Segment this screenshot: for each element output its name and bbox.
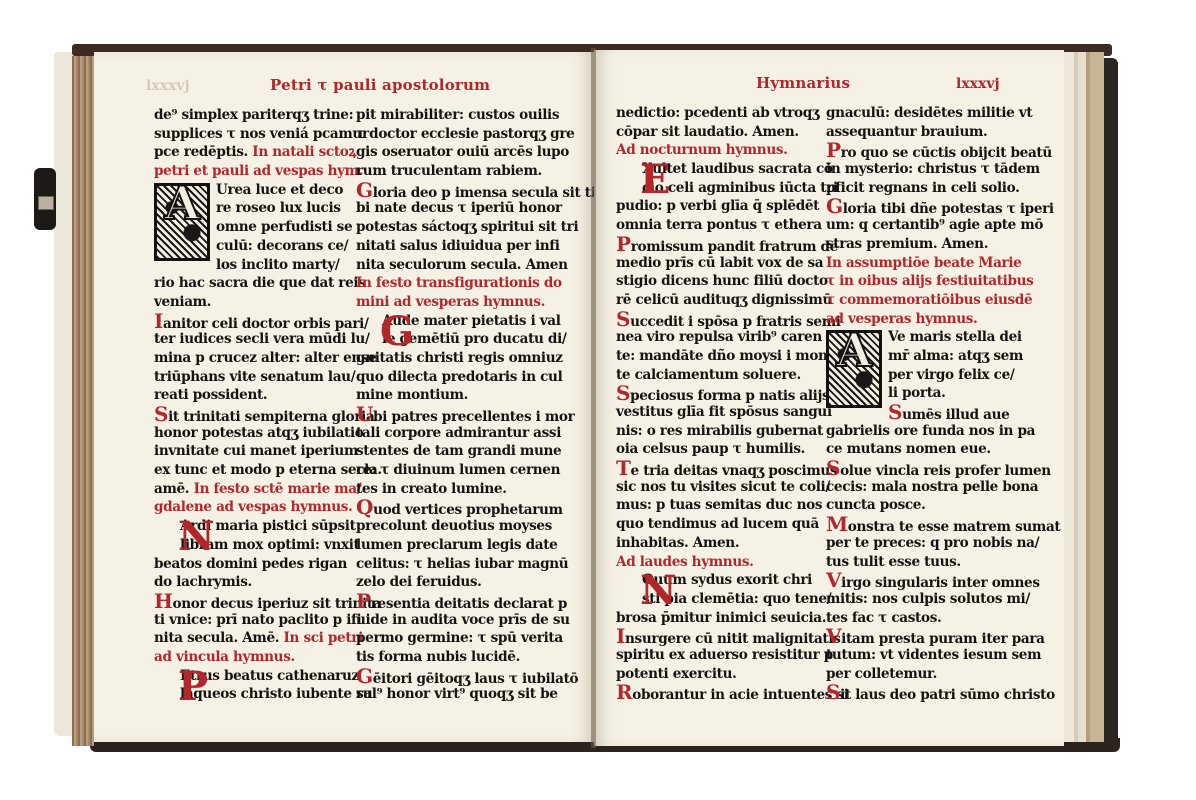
body-text: gnaculū: desidētes militie vt: [826, 105, 1032, 121]
rubric-text: In festo transfigurationis do: [356, 275, 562, 291]
woodcut-initial-icon: A: [154, 183, 210, 261]
text-line: pficit regnans in celi solio.: [826, 179, 1041, 198]
text-line: cecis: mala nostra pelle bona: [826, 478, 1041, 497]
rubric-initial: S: [154, 402, 168, 426]
right-column-2: gnaculū: desidētes militie vtassequantur…: [826, 104, 1041, 702]
body-text: oia celsus paup τ humilis.: [616, 441, 805, 457]
body-text: ter iudices secli vera mūdi lu/: [154, 331, 370, 347]
text-line: Quod vertices prophetarum: [356, 498, 566, 517]
rubric-text: In festo sctē marie ma/: [189, 481, 361, 497]
body-text: Urea luce et deco: [216, 182, 343, 198]
body-text: triūphans vite senatum lau/: [154, 369, 355, 385]
body-text: omne perfudisti se: [216, 219, 352, 235]
drop-initial: N: [178, 517, 214, 557]
ghost-folio: lxxxvj: [146, 78, 190, 94]
body-text: romissum pandit fratrum de: [631, 239, 838, 255]
body-text: cōpar sit laudatio. Amen.: [616, 124, 799, 140]
text-line: inhabitas. Amen.: [616, 534, 826, 553]
body-text: rum truculentam rabiem.: [356, 163, 542, 179]
rubric-initial: T: [616, 456, 631, 480]
body-text: per colletemur.: [826, 666, 937, 682]
text-line: nita seculorum secula. Amen: [356, 256, 566, 275]
text-line: assequantur brauium.: [826, 123, 1041, 142]
text-line: spiritu ex aduerso resistitur p: [616, 646, 826, 665]
text-line: veniam.: [154, 293, 354, 312]
body-text: re: τ diuinum lumen cernen: [356, 462, 560, 478]
body-text: nis: o res mirabilis gubernat: [616, 423, 823, 439]
body-text: umēs illud aue: [902, 407, 1009, 423]
body-text: invnitate cui manet iperium: [154, 443, 358, 459]
text-line: cuncta posce.: [826, 496, 1041, 515]
body-text: stentes de tam grandi mune: [356, 443, 561, 459]
body-text: do lachrymis.: [154, 574, 252, 590]
rubric-text: Ad laudes hymnus.: [616, 554, 754, 570]
body-text: nedictio: pcedenti ab vtroqʒ: [616, 105, 819, 121]
body-text: tali corpore admirantur assi: [356, 425, 561, 441]
body-text: assequantur brauium.: [826, 124, 987, 140]
body-text: reati possident.: [154, 387, 267, 403]
body-text: amē.: [154, 481, 189, 497]
text-line: ter iudices secli vera mūdi lu/: [154, 330, 354, 349]
text-line: tus tulit esse tuus.: [826, 553, 1041, 572]
body-text: pce redēptis.: [154, 144, 248, 160]
body-text: uccedit i spōsa p fratris semi: [630, 314, 840, 330]
text-line: nea viro repulsa virib⁹ caren: [616, 328, 826, 347]
text-line: Promissum pandit fratrum de: [616, 235, 826, 254]
body-text: stigio dicens hunc filiū docto: [616, 273, 828, 289]
clasp-metal-icon: [38, 196, 54, 210]
text-line: de⁹ simplex pariterqʒ trine:: [154, 106, 354, 125]
rubric-initial: S: [616, 381, 630, 405]
text-line: gis oseruator ouiū arcēs lupo: [356, 143, 566, 162]
text-line: stras premium. Amen.: [826, 235, 1041, 254]
rubric-text: τ in oibus alijs festiuitatibus: [826, 273, 1033, 289]
body-text: nsurgere cū nitit malignitatis: [625, 631, 840, 647]
text-line: triūphans vite senatum lau/: [154, 368, 354, 387]
left-fore-edge: [72, 56, 94, 746]
text-line: tes in creato lumine.: [356, 480, 566, 499]
body-text: peciosus forma p natis alijs: [630, 388, 829, 404]
body-text: celitus: τ helias iubar magnū: [356, 556, 568, 572]
body-text: onstra te esse matrem sumat: [848, 519, 1061, 535]
body-text: mr̄ alma: atqʒ sem: [888, 348, 1023, 364]
body-text: Xultet laudibus sacrata cō: [642, 161, 833, 177]
text-line: pce redēptis. In natali sctoꝝ: [154, 143, 354, 162]
text-line: tutum: vt videntes iesum sem: [826, 646, 1041, 665]
body-text: in mysterio: christus τ tādem: [826, 161, 1040, 177]
rubric-initial: I: [616, 624, 625, 648]
body-text: bi nate decus τ iperiū honor: [356, 200, 562, 216]
body-text: nita secula. Amē.: [154, 630, 279, 646]
body-text: sic nos tu visites sicut te coli/: [616, 479, 830, 495]
text-line: Pro quo se cūctis obijcit beatū: [826, 141, 1041, 160]
body-text: permo germine: τ spū verita: [356, 630, 563, 646]
left-page: lxxxvj Petri τ pauli apostolorum de⁹ sim…: [94, 52, 594, 742]
text-line: nita secula. Amē. In sci petri: [154, 629, 354, 648]
text-line: permo germine: τ spū verita: [356, 629, 566, 648]
body-text: pit mirabiliter: custos ouilis: [356, 107, 559, 123]
body-text: cecis: mala nostra pelle bona: [826, 479, 1038, 495]
body-text: veniam.: [154, 294, 211, 310]
body-text: te calciamentum soluere.: [616, 367, 801, 383]
body-text: gabrielis ore funda nos in pa: [826, 423, 1035, 439]
body-text: tutum: vt videntes iesum sem: [826, 647, 1041, 663]
body-text: per virgo felix ce/: [888, 367, 1014, 383]
body-text: sal⁹ honor virt⁹ quoqʒ sit be: [356, 686, 558, 702]
text-line: reati possident.: [154, 386, 354, 405]
rubric-initial: U: [356, 402, 373, 426]
drop-initial: E: [640, 160, 670, 200]
right-page: Hymnarius lxxxvj nedictio: pcedenti ab v…: [594, 50, 1064, 746]
text-line: In assumptiōe beate Marie: [826, 254, 1041, 273]
body-text: potenti exercitu.: [616, 666, 737, 682]
body-text: li porta.: [888, 385, 945, 401]
text-line: mina p crucez alter: alter ense: [154, 349, 354, 368]
body-text: rē celicū audituqʒ dignissimū: [616, 292, 832, 308]
text-line: Roborantur in acie intuentes si: [616, 683, 826, 702]
text-line: bi nate decus τ iperiū honor: [356, 199, 566, 218]
rubric-text: In natali sctoꝝ: [248, 144, 356, 160]
rubric-initial: G: [356, 178, 373, 202]
body-text: ce mutans nomen eue.: [826, 441, 991, 457]
body-text: bi patres precellentes i mor: [373, 409, 574, 425]
text-line: stentes de tam grandi mune: [356, 442, 566, 461]
drop-initial: P: [178, 667, 208, 707]
text-line: Vitam presta puram iter para: [826, 627, 1041, 646]
text-line: in mysterio: christus τ tādem: [826, 160, 1041, 179]
text-line: te: mandāte dño moysi i mon: [616, 347, 826, 366]
body-text: te: mandāte dño moysi i mon: [616, 348, 828, 364]
body-text: cuncta posce.: [826, 497, 925, 513]
text-line: gabrielis ore funda nos in pa: [826, 422, 1041, 441]
rubric-initial: S: [826, 680, 840, 704]
text-line: gnaculū: desidētes militie vt: [826, 104, 1041, 123]
rubric-text: In sci petri: [279, 630, 363, 646]
body-text: resentia deitatis declarat p: [371, 596, 567, 612]
text-line: Virgo singularis inter omnes: [826, 571, 1041, 590]
text-line: Te tria deitas vnaqʒ poscimus: [616, 459, 826, 478]
body-text: ro quo se cūctis obijcit beatū: [841, 145, 1052, 161]
body-text: uod vertices prophetarum: [373, 502, 563, 518]
text-line: supplices τ nos veniá pcamur: [154, 125, 354, 144]
body-text: Ve maris stella dei: [888, 329, 1022, 345]
rubric-initial: V: [826, 624, 841, 648]
text-line: nis: o res mirabilis gubernat: [616, 422, 826, 441]
body-text: nita seculorum secula. Amen: [356, 257, 568, 273]
body-text: loria deo p imensa secula sit ti: [373, 185, 596, 201]
text-line: precolunt deuotius moyses: [356, 517, 566, 536]
body-text: tes fac τ castos.: [826, 610, 941, 626]
rubric-initial: P: [616, 232, 631, 256]
text-line: Gēitori gēitoqʒ laus τ iubilatō: [356, 667, 566, 686]
text-line: per te preces: q pro nobis na/: [826, 534, 1041, 553]
text-line: medio prīs cū labit vox de sa: [616, 254, 826, 273]
rubric-initial: G: [826, 194, 843, 218]
body-text: mitis: nos culpis solutos mi/: [826, 591, 1030, 607]
body-text: olue vincla reis profer lumen: [840, 463, 1051, 479]
text-line: Sit trinitati sempiterna gloria: [154, 405, 354, 424]
body-text: medio prīs cū labit vox de sa: [616, 255, 823, 271]
text-line: amē. In festo sctē marie ma/: [154, 480, 354, 499]
body-text: spiritu ex aduerso resistitur p: [616, 647, 833, 663]
text-line: τ in oibus alijs festiuitatibus: [826, 272, 1041, 291]
text-line: celitus: τ helias iubar magnū: [356, 555, 566, 574]
text-line: nitati salus idiuidua per infi: [356, 237, 566, 256]
text-line: zelo dei feruidus.: [356, 573, 566, 592]
body-text: potestas sáctoqʒ spiritui sit tri: [356, 219, 578, 235]
body-text: nea viro repulsa virib⁹ caren: [616, 329, 822, 345]
rubric-initial: P: [826, 138, 841, 162]
body-text: τ doctor ecclesie pastorqʒ gre: [356, 126, 574, 142]
body-text: ex tunc et modo p eterna secla.: [154, 462, 382, 478]
body-text: culū: decorans ce/: [216, 238, 348, 254]
text-line: potestas sáctoqʒ spiritui sit tri: [356, 218, 566, 237]
right-column-1: nedictio: pcedenti ab vtroqʒcōpar sit la…: [616, 104, 826, 702]
body-text: inhabitas. Amen.: [616, 535, 739, 551]
body-text: onor decus iperiuz sit trinita: [173, 596, 382, 612]
text-line: mine montium.: [356, 386, 566, 405]
text-line: vestitus glīa fit spōsus sangui: [616, 403, 826, 422]
right-running-head: Hymnarius: [756, 74, 850, 92]
text-line: te calciamentum soluere.: [616, 366, 826, 385]
body-text: supplices τ nos veniá pcamur: [154, 126, 369, 142]
rubric-initial: V: [826, 568, 841, 592]
text-line: rio hac sacra die que dat reis: [154, 274, 354, 293]
body-text: ti vnice: prī nato paclito p ifi: [154, 612, 361, 628]
text-line: τ commemoratiōibus eiusdē: [826, 291, 1041, 310]
text-line: PEtrus beatus cathenaruz: [154, 667, 354, 686]
text-line: um: q certantib⁹ agie apte mō: [826, 216, 1041, 235]
text-line: do lachrymis.: [154, 573, 354, 592]
body-text: laqueos christo iubente ru: [180, 686, 372, 702]
text-line: EXultet laudibus sacrata cō: [616, 160, 826, 179]
left-running-head: Petri τ pauli apostolorum: [270, 76, 490, 94]
body-text: stras premium. Amen.: [826, 236, 988, 252]
body-text: it laus deo patri sūmo christo: [840, 687, 1055, 703]
text-line: Solue vincla reis profer lumen: [826, 459, 1041, 478]
rubric-initial: H: [154, 589, 173, 613]
text-line: per colletemur.: [826, 665, 1041, 684]
body-text: lumen preclarum legis date: [356, 537, 557, 553]
body-text: oborantur in acie intuentes si: [632, 687, 848, 703]
rubric-initial: S: [826, 456, 840, 480]
text-line: lumen preclarum legis date: [356, 536, 566, 555]
body-text: vestitus glīa fit spōsus sangui: [616, 404, 832, 420]
text-line: ce mutans nomen eue.: [826, 440, 1041, 459]
text-line: invnitate cui manet iperium: [154, 442, 354, 461]
rubric-initial: R: [616, 680, 632, 704]
text-line: omnia terra pontus τ ethera: [616, 216, 826, 235]
text-line: τ doctor ecclesie pastorqʒ gre: [356, 125, 566, 144]
body-text: anitor celi doctor orbis pari/: [163, 316, 369, 332]
text-line: sal⁹ honor virt⁹ quoqʒ sit be: [356, 685, 566, 704]
text-line: quo dilecta predotaris in cul: [356, 368, 566, 387]
body-text: e tria deitas vnaqʒ poscimus: [631, 463, 838, 479]
text-line: Succedit i spōsa p fratris semi: [616, 310, 826, 329]
rubric-initial: P: [356, 589, 371, 613]
text-line: GAude mater pietatis i val: [356, 312, 566, 331]
body-text: tus tulit esse tuus.: [826, 554, 961, 570]
text-line: Gloria tibi dñe potestas τ iperi: [826, 197, 1041, 216]
text-line: sic nos tu visites sicut te coli/: [616, 478, 826, 497]
body-text: los inclito marty/: [216, 257, 340, 273]
text-line: tali corpore admirantur assi: [356, 424, 566, 443]
body-text: re roseo lux lucis: [216, 200, 341, 216]
text-line: Presentia deitatis declarat p: [356, 592, 566, 611]
body-text: pficit regnans in celi solio.: [826, 180, 1019, 196]
rubric-text: ad vincula hymnus.: [154, 649, 295, 665]
body-text: itam presta puram iter para: [841, 631, 1044, 647]
body-text: rio hac sacra die que dat reis: [154, 275, 366, 291]
body-text: gis oseruator ouiū arcēs lupo: [356, 144, 569, 160]
body-text: nitati salus idiuidua per infi: [356, 238, 560, 254]
text-line: pit mirabiliter: custos ouilis: [356, 106, 566, 125]
gutter: [591, 48, 596, 748]
body-text: um: q certantib⁹ agie apte mō: [826, 217, 1043, 233]
text-line: NArdi maria pistici sūpsit: [154, 517, 354, 536]
text-line: honor potestas atqʒ iubilatio: [154, 424, 354, 443]
text-line: ti vnice: prī nato paclito p ifi: [154, 611, 354, 630]
body-text: tis forma nubis lucidē.: [356, 649, 520, 665]
text-line: mitis: nos culpis solutos mi/: [826, 590, 1041, 609]
body-text: it trinitati sempiterna gloria: [168, 409, 374, 425]
text-line: potenti exercitu.: [616, 665, 826, 684]
body-text: mina p crucez alter: alter ense: [154, 350, 377, 366]
text-line: NOuum sydus exorit chri: [616, 571, 826, 590]
body-text: ēitori gēitoqʒ laus τ iubilatō: [373, 671, 579, 687]
text-line: rē celicū audituqʒ dignissimū: [616, 291, 826, 310]
body-text: per te preces: q pro nobis na/: [826, 535, 1039, 551]
drop-initial: N: [640, 571, 676, 611]
rubric-initial: M: [826, 512, 848, 536]
text-line: re: τ diuinum lumen cernen: [356, 461, 566, 480]
text-line: uide in audita voce prīs de su: [356, 611, 566, 630]
text-line: Monstra te esse matrem sumat: [826, 515, 1041, 534]
rubric-initial: G: [356, 664, 373, 688]
rubric-text: τ commemoratiōibus eiusdē: [826, 292, 1032, 308]
body-text: mine montium.: [356, 387, 468, 403]
body-text: tes in creato lumine.: [356, 481, 507, 497]
right-folio: lxxxvj: [956, 76, 1000, 92]
body-text: precolunt deuotius moyses: [356, 518, 552, 534]
woodcut-initial-icon: A: [826, 330, 882, 408]
text-line: rum truculentam rabiem.: [356, 162, 566, 181]
rubric-text: In assumptiōe beate Marie: [826, 255, 1021, 271]
text-line: mus: p tuas semitas duc nos: [616, 496, 826, 515]
text-line: In festo transfigurationis do: [356, 274, 566, 293]
text-line: Ubi patres precellentes i mor: [356, 405, 566, 424]
text-line: Ianitor celi doctor orbis pari/: [154, 312, 354, 331]
left-column-1: de⁹ simplex pariterqʒ trine:supplices τ …: [154, 106, 354, 704]
text-line: quo tendimus ad lucem quā: [616, 515, 826, 534]
rubric-initial: I: [154, 309, 163, 333]
body-text: uide in audita voce prīs de su: [356, 612, 570, 628]
rubric-initial: S: [888, 400, 902, 424]
body-text: mus: p tuas semitas duc nos: [616, 497, 822, 513]
text-line: Insurgere cū nitit malignitatis: [616, 627, 826, 646]
body-text: irgo singularis inter omnes: [841, 575, 1039, 591]
text-line: oia celsus paup τ humilis.: [616, 440, 826, 459]
body-text: omnia terra pontus τ ethera: [616, 217, 822, 233]
body-text: cio celi agminibus iūcta tri: [642, 180, 838, 196]
body-text: de⁹ simplex pariterqʒ trine:: [154, 107, 353, 123]
text-line: Honor decus iperiuz sit trinita: [154, 592, 354, 611]
body-text: quo tendimus ad lucem quā: [616, 516, 819, 532]
text-line: tis forma nubis lucidē.: [356, 648, 566, 667]
text-line: nedictio: pcedenti ab vtroqʒ: [616, 104, 826, 123]
body-text: quo dilecta predotaris in cul: [356, 369, 562, 385]
text-line: stigio dicens hunc filiū docto: [616, 272, 826, 291]
open-book: lxxxvj Petri τ pauli apostolorum de⁹ sim…: [0, 0, 1196, 800]
left-column-2: pit mirabiliter: custos ouilisτ doctor e…: [356, 106, 566, 704]
rubric-initial: S: [616, 307, 630, 331]
body-text: honor potestas atqʒ iubilatio: [154, 425, 364, 441]
drop-initial: G: [380, 312, 414, 352]
text-line: Gloria deo p imensa secula sit ti: [356, 181, 566, 200]
text-line: Sit laus deo patri sūmo christo: [826, 683, 1041, 702]
text-line: ex tunc et modo p eterna secla.: [154, 461, 354, 480]
right-fore-edge: [1060, 52, 1104, 742]
text-line: tes fac τ castos.: [826, 609, 1041, 628]
rubric-initial: Q: [356, 495, 373, 519]
text-line: cōpar sit laudatio. Amen.: [616, 123, 826, 142]
text-line: Speciosus forma p natis alijs: [616, 384, 826, 403]
body-text: zelo dei feruidus.: [356, 574, 482, 590]
body-text: loria tibi dñe potestas τ iperi: [843, 201, 1054, 217]
